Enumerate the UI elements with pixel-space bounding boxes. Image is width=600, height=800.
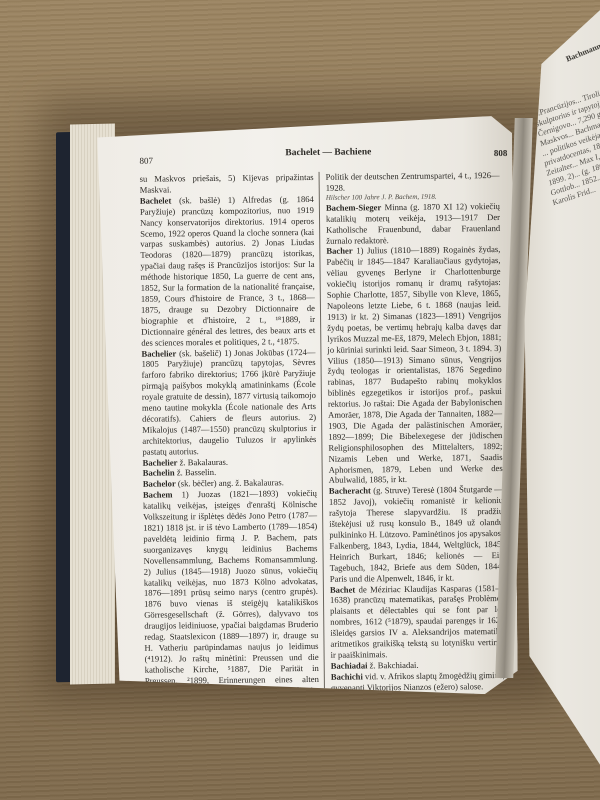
headword: Bachichi <box>331 671 363 681</box>
column-2: Politik der deutschen Zentrumspartei, 4 … <box>320 170 506 779</box>
entry: Bachet de Méziriac Klaudijas Kasparas (1… <box>330 582 505 660</box>
headword: Bachem <box>143 490 173 500</box>
headword: Bachiadai <box>331 660 368 670</box>
page-number: 807 <box>139 156 153 166</box>
entry: Bachem 1) Juozas (1821—1893) vokiečių ka… <box>143 488 320 773</box>
headword: Bachelier <box>143 457 178 467</box>
headword: Bachiene <box>331 702 365 712</box>
headword: Bachelier <box>141 348 176 358</box>
headword: Bacheracht <box>329 486 371 496</box>
headword: Bacher <box>326 246 352 256</box>
headword: Bachelet <box>140 195 172 205</box>
entry: Bacher 1) Julius (1810—1889) Rogainės žy… <box>326 244 503 486</box>
next-page-number: 808 <box>494 148 508 158</box>
right-running-head: Bachmann <box>565 41 600 63</box>
headword: Bachet <box>330 584 355 594</box>
entry: Politik der deutschen Zentrumspartei, 4 … <box>326 170 500 194</box>
entry: Bacheracht (g. Struve) Teresė (1804 Štut… <box>329 484 504 584</box>
running-head: 807 Bachelet — Bachiene 808 <box>139 146 499 166</box>
left-page: 807 Bachelet — Bachiene 808 su Maskvos p… <box>97 116 518 698</box>
right-page-text: ...Prancūzijos... Tirolio... (1871—1933)… <box>533 61 600 209</box>
headword: Bachem-Sieger <box>326 202 381 213</box>
running-head-title: Bachelet — Bachiene <box>285 147 371 158</box>
headword: Bachelor <box>143 479 176 489</box>
entry: Bachelier (sk. bašelič) 1) Jonas Jokūbas… <box>141 346 316 457</box>
headword: Bachelin <box>143 468 175 478</box>
entry: su Maskvos priešais, 5) Kijevas pripažin… <box>140 172 314 196</box>
entry: Bachiene Vilius Albertas (1712—1783) ola… <box>331 701 506 779</box>
entry: Bachelet (sk. bašlė) 1) Alfredas (g. 186… <box>140 194 316 349</box>
entry: Bachem-Sieger Minna (g. 1870 XI 12) voki… <box>326 201 500 246</box>
